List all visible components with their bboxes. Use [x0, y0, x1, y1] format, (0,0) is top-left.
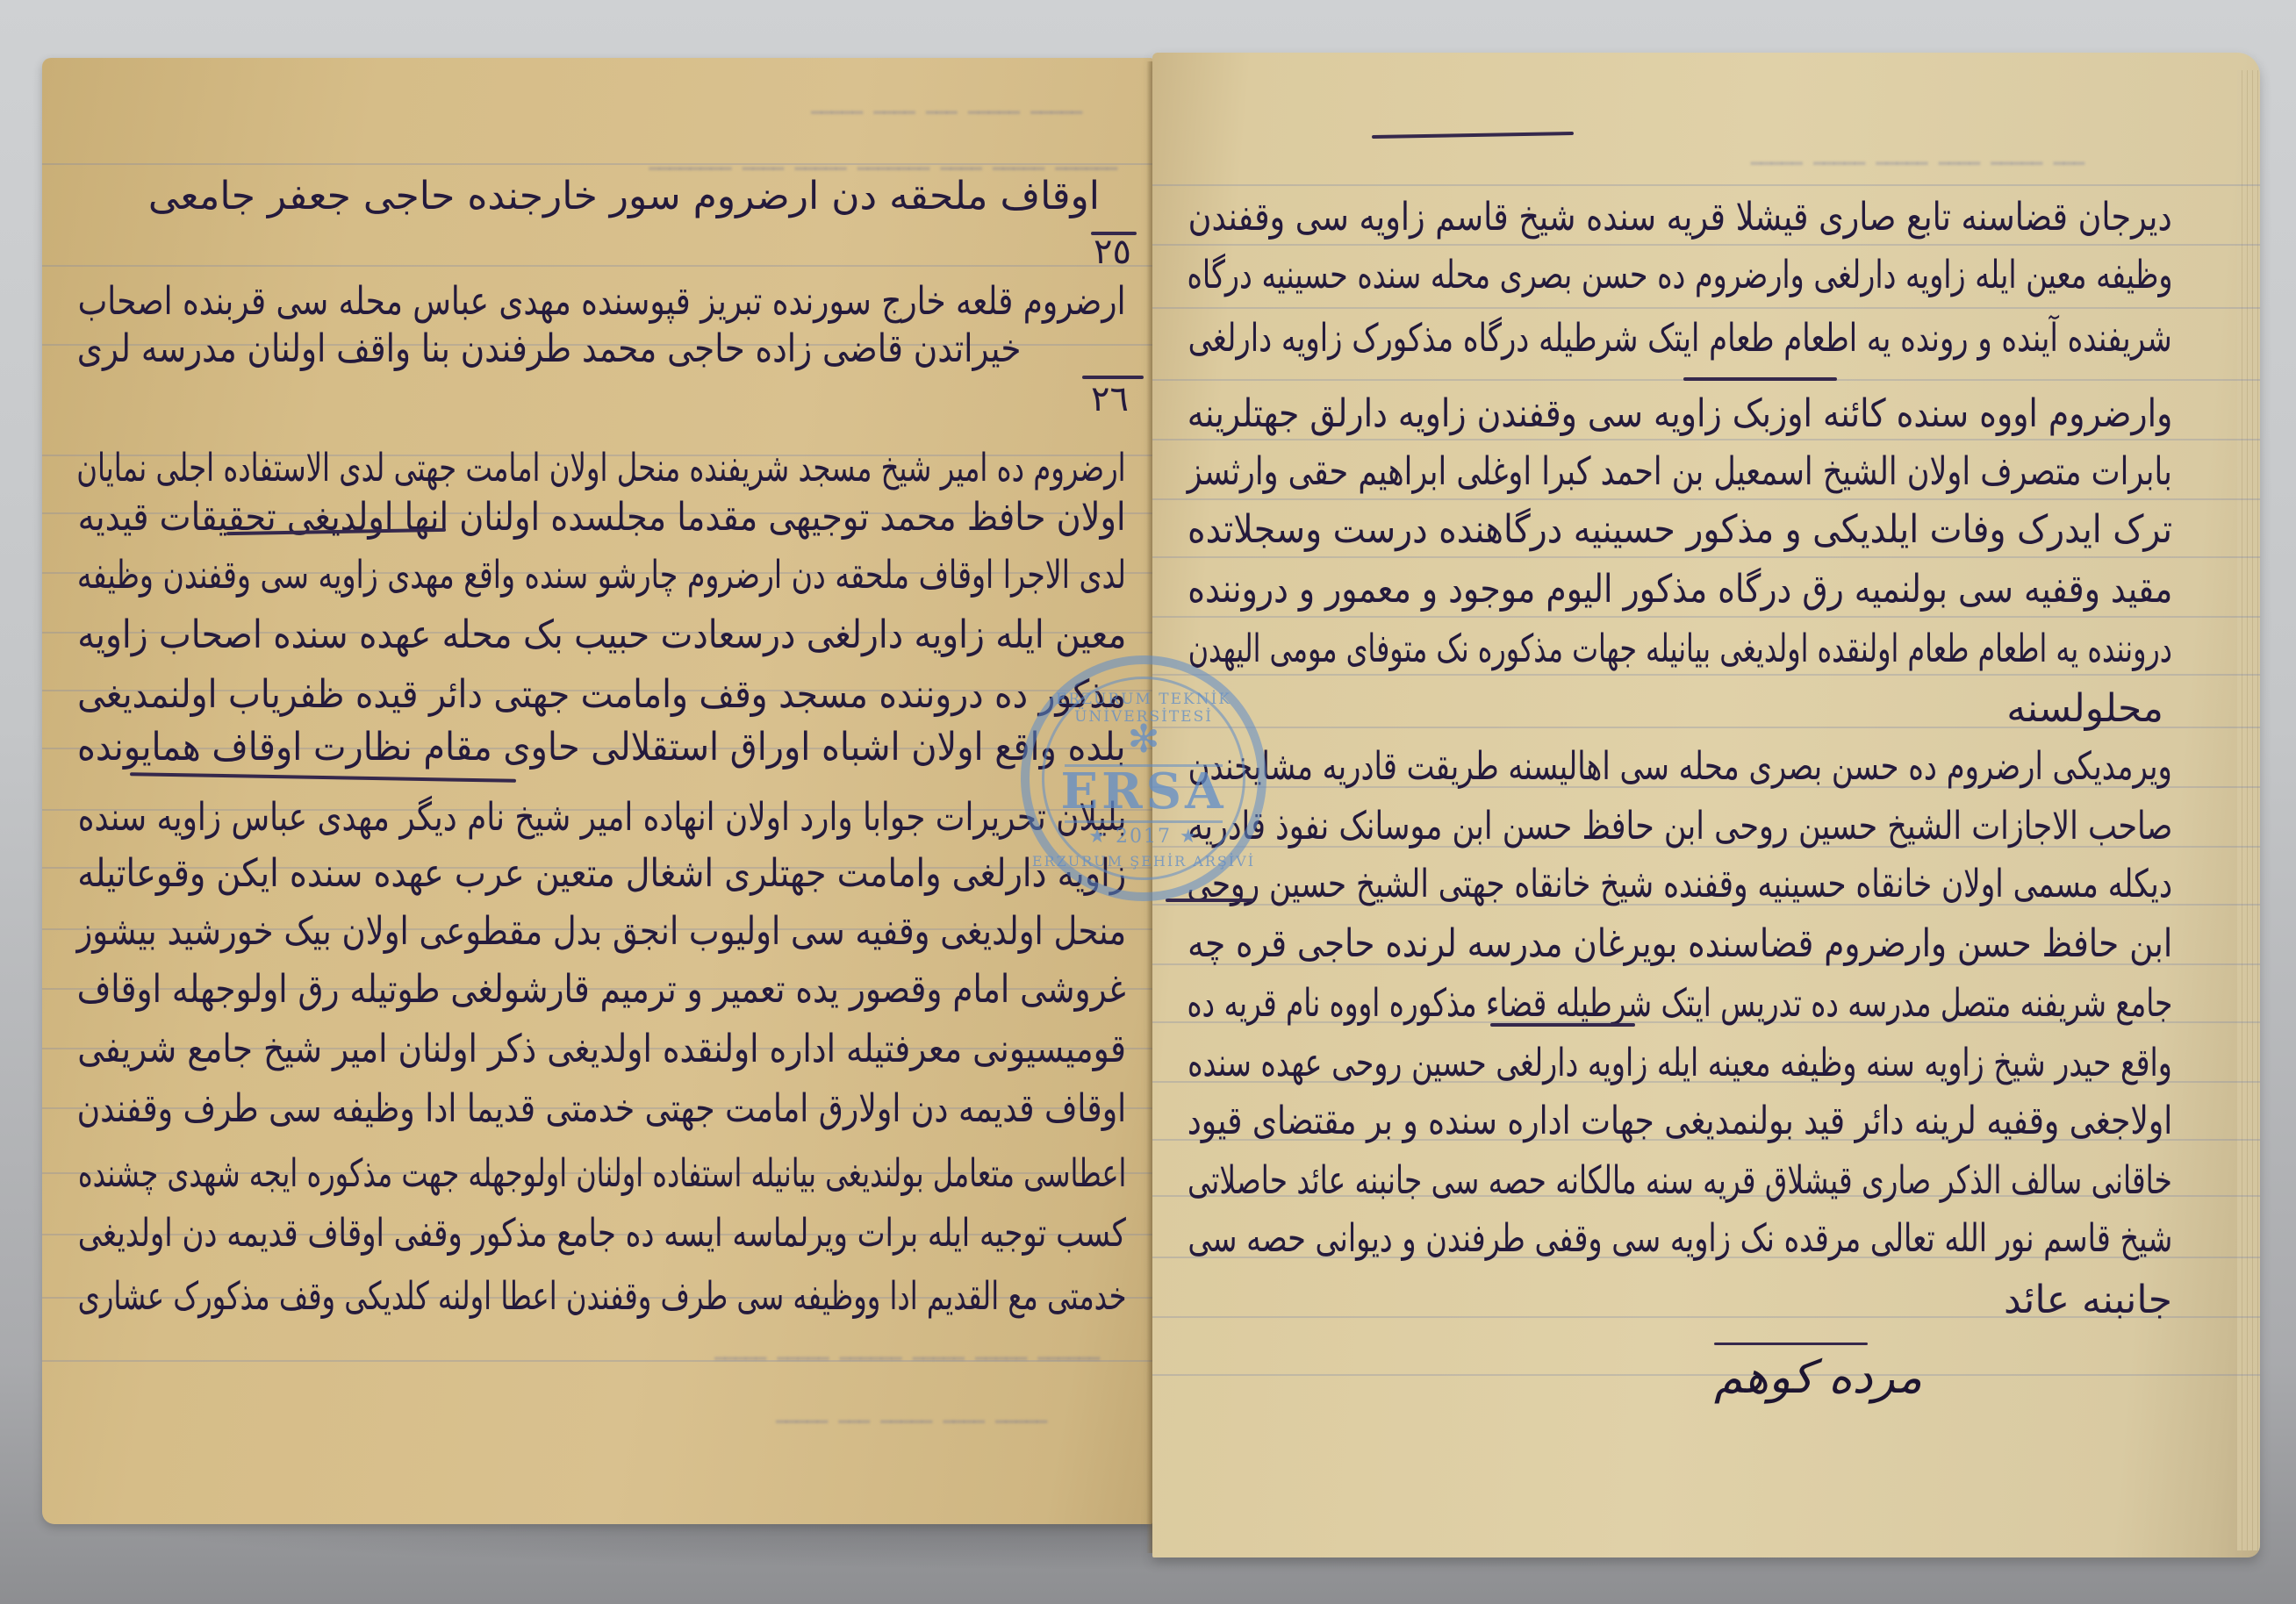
- text-line: خدمتی مع القدیم ادا ووظیفه سی طرف وقفندن…: [77, 1271, 1126, 1323]
- page-stack-edge: [2237, 70, 2260, 1550]
- text-line: واقع حیدر شیخ زاویه سنه وظیفه معینه ایله…: [1187, 1037, 2172, 1090]
- text-line: وظیفه معین ایله زاویه دارلغی وارضروم ده …: [1187, 249, 2172, 302]
- ruled-line: [1152, 556, 2260, 558]
- text-line: شیخ قاسم نور الله تعالی مرقده نک زاویه س…: [1187, 1213, 2172, 1265]
- text-line: جانبنه عائد: [2004, 1274, 2172, 1327]
- bleed-through-text: ـــــ ــــ ـــــ ـــ ـــــ: [776, 1392, 1047, 1432]
- text-line: خاقانی سالف الذکر صاری قیشلاق قریه سنه م…: [1187, 1155, 2172, 1207]
- text-line: دیکله مسمی اولان خانقاه حسینیه وقفنده شی…: [1187, 858, 2172, 911]
- text-line: ارضروم قلعه خارج سورنده تبریز قپوسنده مه…: [78, 276, 1126, 328]
- text-line: وارضروم اووه سنده کائنه اوزبک زاویه سی و…: [1187, 388, 2172, 440]
- stamp-divider: [1065, 820, 1223, 823]
- underline-mark: [1490, 1023, 1635, 1027]
- text-line: معین ایله زاویه دارلغی درسعادت حبیب بک م…: [77, 609, 1126, 662]
- text-line: زاویه دارلغی وامامت جهتلری اشغال متعین ع…: [77, 848, 1126, 900]
- stamp-center-text: ERSA: [1030, 763, 1258, 820]
- text-line: کسب توجیه ایله برات ویرلماسه ایسه ده جام…: [78, 1207, 1126, 1260]
- left-page: ـــــ ـــــ ـــ ــــ ـــــ ــــــ ـــــ …: [42, 58, 1152, 1524]
- bleed-through-text: ـــــ ـــــ ـــ ــــ ـــــ: [811, 82, 1082, 123]
- text-line: دروننده یه اطعام طعام اولنقده اولدیغی بی…: [1188, 623, 2172, 676]
- text-line: اوقاف قدیمه دن اولارق امامت جهتی خدمتی ق…: [76, 1083, 1126, 1135]
- text-line: جامع شریفنه متصل مدرسه ده تدریس ایتک شرط…: [1187, 977, 2172, 1030]
- text-line: مقید وقفیه سی بولنمیه رق درگاه مذکور الی…: [1187, 563, 2172, 616]
- text-line: اوقاف ملحقه دن ارضروم سور خارجنده حاجی ج…: [148, 170, 1100, 223]
- archive-stamp: ERZURUM TEKNİK ÜNİVERSİTESİ ✻ ERSA ★ 201…: [1021, 655, 1266, 901]
- text-line: شریفنده آینده و رونده یه اطعام طعام ایتک…: [1188, 312, 2172, 365]
- ruled-line: [42, 265, 1152, 267]
- text-line: ویرمدیکی ارضروم ده حسن بصری محله سی اهال…: [1188, 741, 2172, 793]
- text-line: بلده واقع اولان اشباه اوراق استقلالی حاو…: [77, 721, 1126, 774]
- text-line: ارضروم ده امیر شیخ مسجد شریفنده منحل اول…: [77, 442, 1126, 495]
- text-line: قومیسیونی معرفتیله اداره اولنقده اولدیغی…: [77, 1023, 1126, 1076]
- text-line: ابن حافظ حسن وارضروم قضاسنده بویرغان مدر…: [1187, 918, 2172, 970]
- text-line: اولاجغی وقفیه لرینه دائر قید بولنمدیغی ج…: [1187, 1095, 2172, 1148]
- ruled-line: [1152, 498, 2260, 500]
- text-line: خیراتدن قاضی زاده حاجی محمد طرفندن بنا و…: [76, 323, 1021, 376]
- text-line: بابرات متصرف اولان الشیخ اسمعیل بن احمد …: [1187, 446, 2172, 498]
- underline-mark: [1683, 377, 1837, 381]
- ruled-line: [1152, 1374, 2260, 1376]
- text-line: غروشی امام وقصور یده تعمیر و ترمیم قارشو…: [77, 963, 1126, 1016]
- ruled-line: [1152, 616, 2260, 618]
- text-line: لدی الاجرا اوقاف ملحقه دن ارضروم چارشو س…: [77, 549, 1126, 602]
- text-line: مذکور ده دروننده مسجد وقف وامامت جهتی دا…: [77, 669, 1126, 721]
- bleed-through-text: ـــ ـــــ ــــ ـــــ ـــــ ـــــ: [1751, 133, 2084, 174]
- ruled-line: [1152, 184, 2260, 186]
- ruled-line: [1152, 307, 2260, 309]
- section-number-25: ٢٥: [1094, 232, 1131, 272]
- text-line: اعطاسی متعامل بولندیغی بیانیله استفاده ا…: [77, 1148, 1126, 1200]
- bleed-through-text: ــــــ ـــــ ـــــ ــــــ ـــــ ـــــ: [714, 1328, 1100, 1369]
- text-line: بلیلان تحریرات جوابا وارد اولان انهاده ا…: [77, 791, 1126, 844]
- signature-line: [1714, 1343, 1868, 1345]
- text-line: محلولسنه: [2006, 683, 2163, 735]
- right-page: ـــ ـــــ ــــ ـــــ ـــــ ـــــ دیرجان …: [1152, 53, 2260, 1557]
- section-number-26: ٢٦: [1091, 379, 1129, 419]
- text-line: ترک ایدرک وفات ایلدیکی و مذکور حسینیه در…: [1187, 504, 2172, 556]
- stamp-year: ★ 2017 ★: [1030, 826, 1258, 848]
- signature: مرده کوهم: [1714, 1351, 1922, 1404]
- underline-mark: [1166, 899, 1253, 902]
- ruled-line: [1152, 244, 2260, 246]
- text-line: منحل اولدیغی وقفیه سی اولیوب انجق بدل مق…: [76, 906, 1126, 958]
- underline-mark: [1372, 132, 1574, 139]
- text-line: اولان حافظ محمد توجیهی مقدما مجلسده اولن…: [78, 491, 1126, 544]
- snowflake-icon: ✻: [1030, 720, 1258, 759]
- stamp-bottom-text: ERZURUM ŞEHİR ARŞİVİ: [1030, 853, 1258, 870]
- text-line: صاحب الاجازات الشیخ حسین روحی ابن حافظ ح…: [1187, 800, 2172, 853]
- text-line: دیرجان قضاسنه تابع صاری قیشلا قریه سنده …: [1188, 191, 2172, 244]
